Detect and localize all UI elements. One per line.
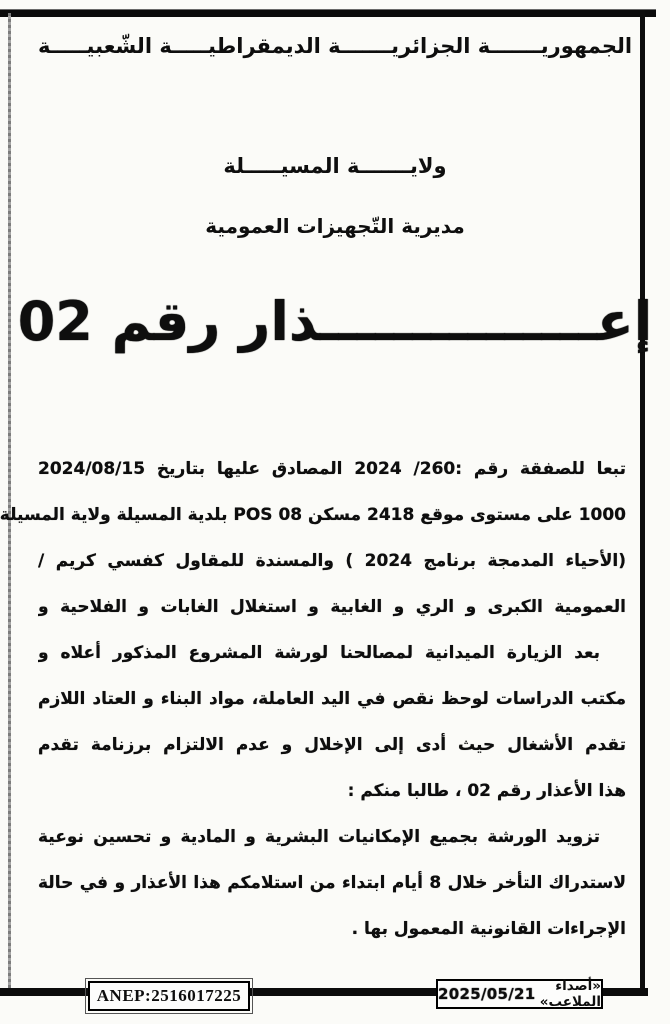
body-line: تبعا للصفقة رقم :260/ 2024 المصادق عليها…	[38, 446, 626, 492]
body-line: بعد الزيارة الميدانية لمصالحنا لورشة الم…	[38, 630, 626, 676]
body-line: العمومية الكبرى و الري و الغابية و استغل…	[38, 584, 626, 630]
body-line: تقدم الأشغال حيث أدى إلى الإخلال و عدم ا…	[38, 722, 626, 768]
scanned-notice-page: الجمهوريـــــــة الجزائريـــــــة الديمق…	[0, 0, 670, 1024]
body-line: لاستدراك التأخر خلال 8 أيام ابتداء من اس…	[38, 860, 626, 906]
notice-title: إعـــــــــــــــذار رقم 02	[0, 290, 670, 353]
directorate-heading: مديرية التّجهيزات العمومية	[0, 214, 670, 238]
notice-body: تبعا للصفقة رقم :260/ 2024 المصادق عليها…	[38, 446, 626, 952]
anep-reference-box: ANEP:2516017225	[88, 981, 250, 1011]
body-line: هذا الأعذار رقم 02 ، طالبا منكم :	[38, 768, 626, 814]
body-line: تزويد الورشة بجميع الإمكانيات البشرية و …	[38, 814, 626, 860]
wilaya-heading: ولايـــــــة المسيـــــلة	[0, 154, 670, 178]
body-line: 1000 على مستوى موقع 2418 مسكن POS 08 بلد…	[38, 492, 626, 538]
body-line: (الأحياء المدمجة برنامج 2024 ) والمسندة …	[38, 538, 626, 584]
body-line: مكتب الدراسات لوحظ نقص في اليد العاملة، …	[38, 676, 626, 722]
journal-credit-box: «أصداء الملاعب» 2025/05/21	[436, 979, 603, 1009]
journal-name: «أصداء الملاعب»	[538, 978, 601, 1010]
body-line: الإجراءات القانونية المعمول بها .	[38, 906, 626, 952]
publication-date: 2025/05/21	[438, 985, 535, 1003]
page-border-top	[0, 9, 656, 17]
anep-reference-label: ANEP:2516017225	[97, 986, 241, 1006]
republic-heading: الجمهوريـــــــة الجزائريـــــــة الديمق…	[0, 34, 670, 58]
